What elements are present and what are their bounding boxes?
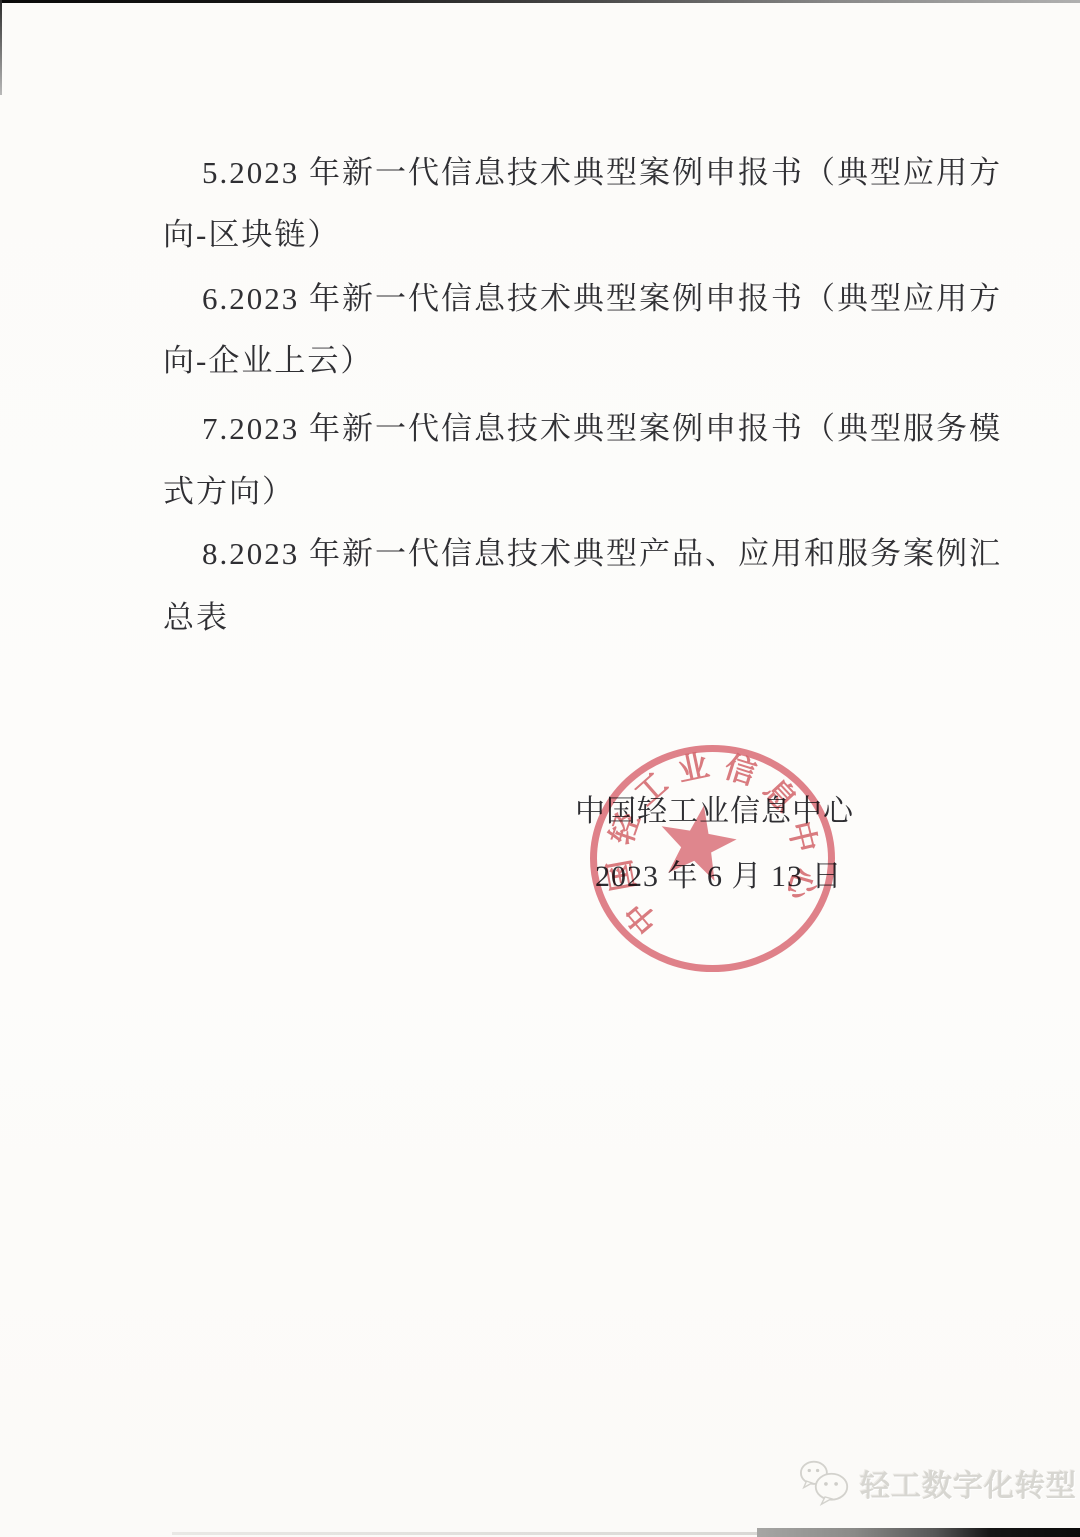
body-line: 向-企业上云） xyxy=(163,343,373,379)
seal-arc-char: 信 xyxy=(720,749,760,792)
body-line: 7.2023 年新一代信息技术典型案例申报书（典型服务模 xyxy=(202,411,1002,447)
body-line: 8.2023 年新一代信息技术典型产品、应用和服务案例汇 xyxy=(202,536,1002,572)
seal-arc-char: 国 xyxy=(602,857,642,894)
body-line: 总表 xyxy=(163,600,229,636)
scan-left-edge xyxy=(0,0,2,95)
scan-bottom-edge xyxy=(172,1532,758,1535)
watermark-label: 轻工数字化转型 xyxy=(860,1461,1077,1505)
official-seal: 中 国 轻 工 业 信 息 中 心 xyxy=(585,738,845,983)
wechat-icon xyxy=(796,1458,854,1508)
body-line: 式方向） xyxy=(163,474,295,510)
body-line: 5.2023 年新一代信息技术典型案例申报书（典型应用方 xyxy=(202,155,1002,191)
seal-arc-char: 中 xyxy=(782,818,823,856)
watermark: 轻工数字化转型 xyxy=(796,1458,1077,1508)
seal-star-icon xyxy=(662,806,737,881)
scan-top-edge xyxy=(0,0,1080,3)
body-line: 向-区块链） xyxy=(163,217,340,253)
seal-arc-char: 心 xyxy=(780,864,822,904)
scan-bottom-dark-bar xyxy=(757,1528,1080,1537)
body-line: 6.2023 年新一代信息技术典型案例申报书（典型应用方 xyxy=(202,281,1002,317)
seal-arc-char: 轻 xyxy=(603,807,647,850)
document-page: 5.2023 年新一代信息技术典型案例申报书（典型应用方 向-区块链） 6.20… xyxy=(0,0,1080,1537)
seal-arc-char: 业 xyxy=(674,748,712,789)
